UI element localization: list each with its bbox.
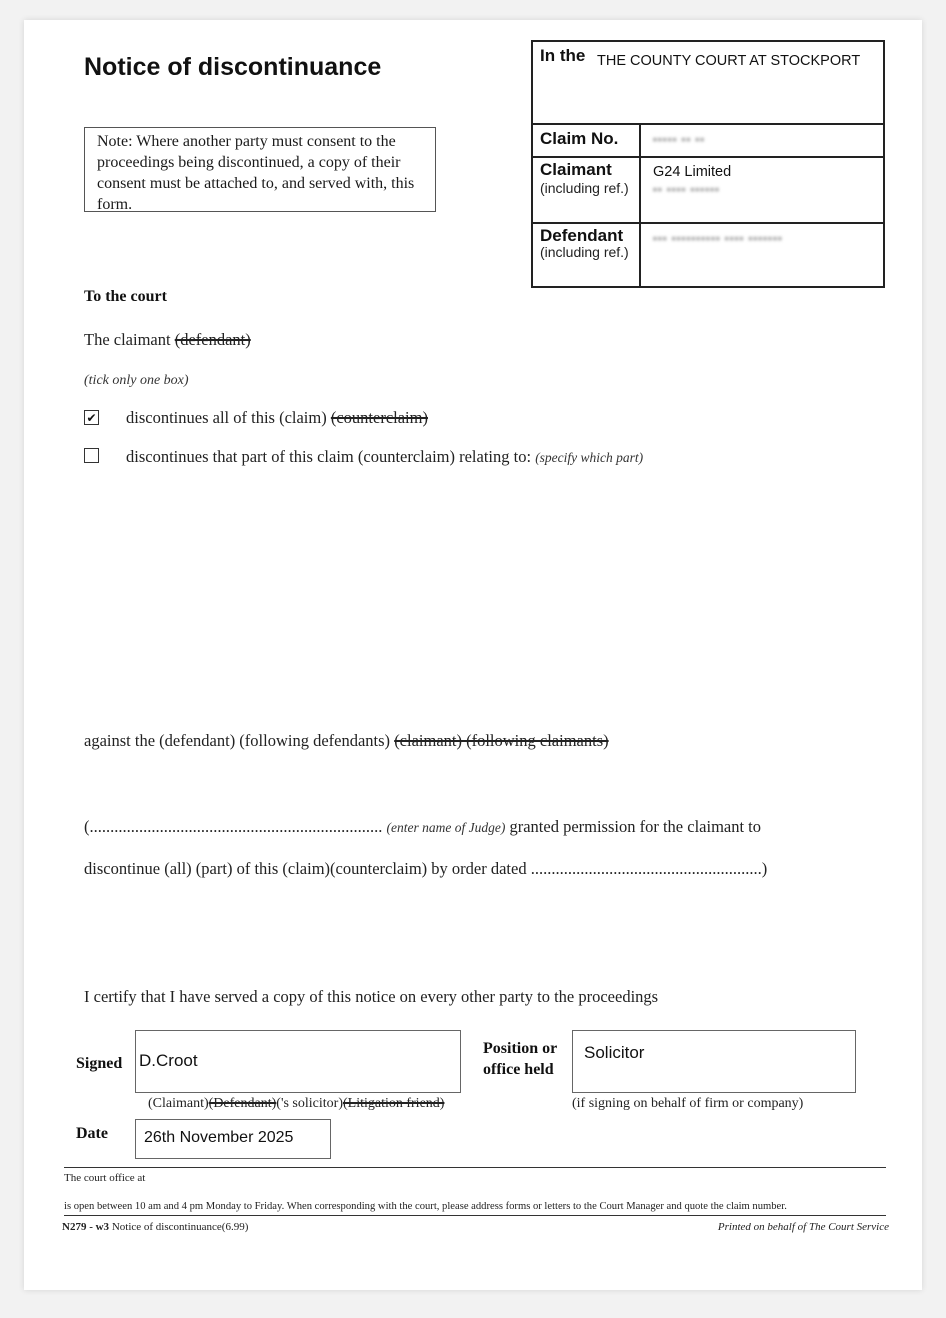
position-label-line2: office held bbox=[483, 1059, 557, 1080]
role-solicitor: ('s solicitor) bbox=[276, 1096, 343, 1111]
court-office-label: The court office at bbox=[64, 1172, 145, 1184]
discontinue-part-option: discontinues that part of this claim (co… bbox=[126, 447, 643, 467]
claimant-label: Claimant bbox=[540, 160, 612, 180]
form-name: Notice of discontinuance(6.99) bbox=[112, 1221, 249, 1233]
part-specification-area[interactable] bbox=[126, 475, 826, 725]
position-label: Position or office held bbox=[483, 1038, 557, 1080]
option-struck-text: (counterclaim) bbox=[331, 408, 428, 427]
option-text: discontinues all of this (claim) bbox=[126, 408, 327, 427]
claimant-party-line: The claimant (defendant) bbox=[84, 330, 251, 350]
defendant-value-redacted: ▪▪▪ ▪▪▪▪▪▪▪▪▪▪ ▪▪▪▪ ▪▪▪▪▪▪▪ bbox=[653, 233, 783, 245]
against-line: against the (defendant) (following defen… bbox=[84, 731, 609, 751]
opening-hours-text: is open between 10 am and 4 pm Monday to… bbox=[64, 1201, 894, 1212]
claim-no-row: Claim No. ▪▪▪▪▪ ▪▪ ▪▪ bbox=[533, 123, 883, 158]
defendant-row: Defendant (including ref.) ▪▪▪ ▪▪▪▪▪▪▪▪▪… bbox=[533, 224, 883, 286]
claim-no-value-redacted: ▪▪▪▪▪ ▪▪ ▪▪ bbox=[653, 134, 705, 146]
date-value: 26th November 2025 bbox=[144, 1129, 293, 1146]
checkmark-icon: ✔ bbox=[86, 412, 96, 424]
defendant-sub-label: (including ref.) bbox=[540, 244, 629, 260]
consent-note: Note: Where another party must consent t… bbox=[84, 127, 436, 212]
defendant-label: Defendant bbox=[540, 226, 623, 246]
claimant-row: Claimant (including ref.) G24 Limited ▪▪… bbox=[533, 158, 883, 224]
option-text: discontinues that part of this claim (co… bbox=[126, 447, 531, 466]
role-litigation-friend-struck: (Litigation friend) bbox=[343, 1096, 444, 1111]
claimant-value: G24 Limited bbox=[653, 164, 731, 180]
claimant-ref-redacted: ▪▪ ▪▪▪▪ ▪▪▪▪▪▪ bbox=[653, 184, 720, 196]
tick-hint: (tick only one box) bbox=[84, 373, 189, 389]
court-row: In the THE COUNTY COURT AT STOCKPORT bbox=[533, 42, 883, 125]
against-text: against the (defendant) (following defen… bbox=[84, 731, 390, 750]
court-name: THE COUNTY COURT AT STOCKPORT bbox=[597, 53, 860, 69]
form-reference: N279 - w3 Notice of discontinuance(6.99) bbox=[62, 1221, 248, 1233]
discontinue-all-checkbox[interactable]: ✔ bbox=[84, 410, 99, 425]
defendant-party-struck: (defendant) bbox=[175, 330, 251, 349]
permission-prefix: (.......................................… bbox=[84, 817, 382, 836]
date-field[interactable]: 26th November 2025 bbox=[135, 1119, 331, 1159]
discontinue-all-option: discontinues all of this (claim) (counte… bbox=[126, 408, 428, 428]
signature-value: D.Croot bbox=[139, 1051, 198, 1070]
footer-divider-bottom bbox=[64, 1215, 886, 1216]
signature-field[interactable]: D.Croot bbox=[135, 1030, 461, 1093]
position-value: Solicitor bbox=[584, 1043, 644, 1062]
claimant-party-text: The claimant bbox=[84, 330, 171, 349]
option-hint: (specify which part) bbox=[535, 450, 643, 465]
form-code: N279 - w3 bbox=[62, 1221, 109, 1233]
court-details-table: In the THE COUNTY COURT AT STOCKPORT Cla… bbox=[531, 40, 885, 288]
judge-name-hint: (enter name of Judge) bbox=[387, 820, 506, 835]
in-the-label: In the bbox=[540, 46, 585, 66]
footer-divider-top bbox=[64, 1167, 886, 1168]
form-page: Notice of discontinuance Note: Where ano… bbox=[24, 20, 922, 1290]
date-label: Date bbox=[76, 1125, 108, 1143]
claimant-sub-label: (including ref.) bbox=[540, 180, 629, 196]
position-caption: (if signing on behalf of firm or company… bbox=[572, 1096, 803, 1112]
role-defendant-struck: (Defendant) bbox=[209, 1096, 277, 1111]
certify-statement: I certify that I have served a copy of t… bbox=[84, 987, 658, 1007]
page-title: Notice of discontinuance bbox=[84, 53, 381, 82]
against-struck-text: (claimant) (following claimants) bbox=[394, 731, 608, 750]
position-label-line1: Position or bbox=[483, 1038, 557, 1059]
to-the-court-heading: To the court bbox=[84, 288, 167, 306]
claim-no-label: Claim No. bbox=[540, 129, 618, 149]
permission-suffix: granted permission for the claimant to bbox=[509, 817, 761, 836]
printed-by: Printed on behalf of The Court Service bbox=[718, 1221, 889, 1233]
role-claimant: (Claimant) bbox=[148, 1096, 209, 1111]
signatory-role-caption: (Claimant)(Defendant)('s solicitor)(Liti… bbox=[148, 1096, 444, 1112]
discontinue-part-checkbox[interactable] bbox=[84, 448, 99, 463]
signed-label: Signed bbox=[76, 1055, 122, 1073]
permission-line: (.......................................… bbox=[84, 817, 761, 837]
discontinue-order-line: discontinue (all) (part) of this (claim)… bbox=[84, 859, 767, 879]
position-field[interactable]: Solicitor bbox=[572, 1030, 856, 1093]
